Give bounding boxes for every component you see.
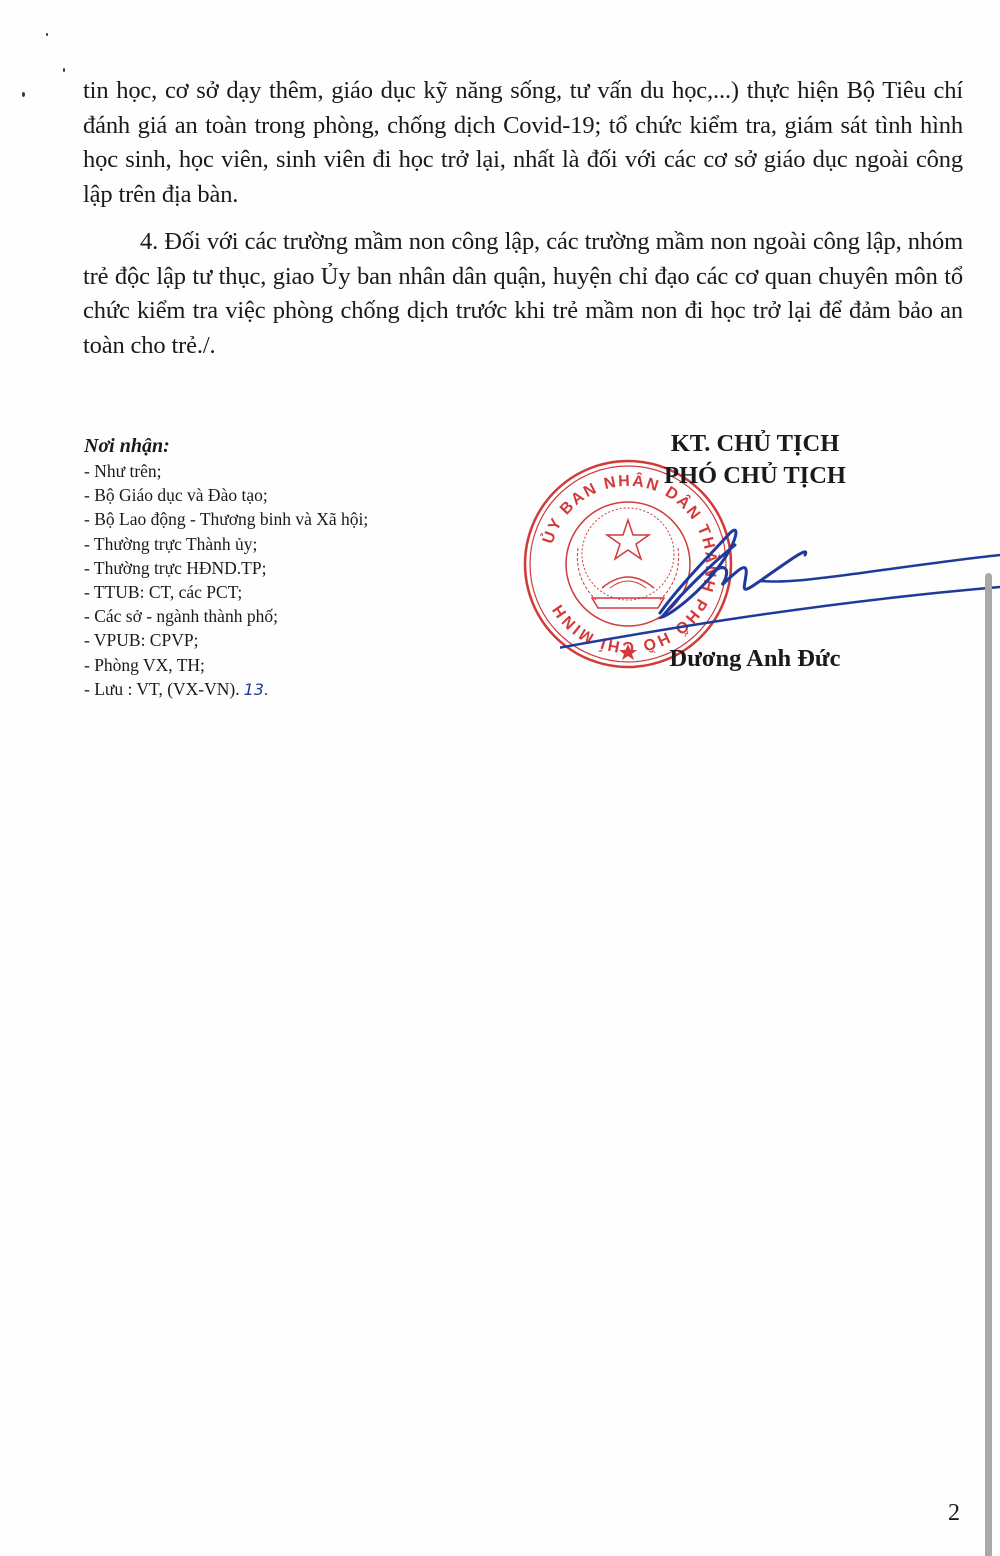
document-page: tin học, cơ sở dạy thêm, giáo dục kỹ năn… [0,0,1000,1556]
page-number: 2 [948,1500,960,1527]
recipient-item: - Phòng VX, TH; [84,653,368,677]
scan-speck [22,92,25,97]
handwritten-signature-icon [560,515,1000,665]
handwritten-count: 13. [244,680,269,699]
recipient-item: - Thường trực Thành ủy; [84,532,368,556]
recipient-item-archive: - Lưu : VT, (VX-VN).13. [84,677,368,702]
signature-title-line2: PHÓ CHỦ TỊCH [600,460,910,492]
recipient-item: - VPUB: CPVP; [84,628,368,652]
signature-block: KT. CHỦ TỊCH PHÓ CHỦ TỊCH [600,428,910,492]
recipients-list: Nơi nhận: - Như trên; - Bộ Giáo dục và Đ… [84,433,368,702]
recipients-heading: Nơi nhận: [84,433,368,459]
recipient-item: - TTUB: CT, các PCT; [84,580,368,604]
paragraph-item-4: 4. Đối với các trường mầm non công lập, … [83,225,963,363]
signature-title-line1: KT. CHỦ TỊCH [600,428,910,460]
recipient-item-text: - Lưu : VT, (VX-VN). [84,679,240,699]
recipient-item: - Bộ Giáo dục và Đào tạo; [84,483,368,507]
scan-speck [63,68,65,72]
vertical-scrollbar[interactable] [985,573,992,1556]
paragraph-text: tin học, cơ sở dạy thêm, giáo dục kỹ năn… [83,74,963,212]
scan-speck [46,33,48,36]
recipient-item: - Như trên; [84,459,368,483]
recipient-item: - Các sở - ngành thành phố; [84,604,368,628]
paragraph-continuation: tin học, cơ sở dạy thêm, giáo dục kỹ năn… [83,74,963,212]
signer-name: Dương Anh Đức [600,645,910,673]
recipient-item: - Bộ Lao động - Thương binh và Xã hội; [84,507,368,531]
paragraph-text: 4. Đối với các trường mầm non công lập, … [83,225,963,363]
recipient-item: - Thường trực HĐND.TP; [84,556,368,580]
